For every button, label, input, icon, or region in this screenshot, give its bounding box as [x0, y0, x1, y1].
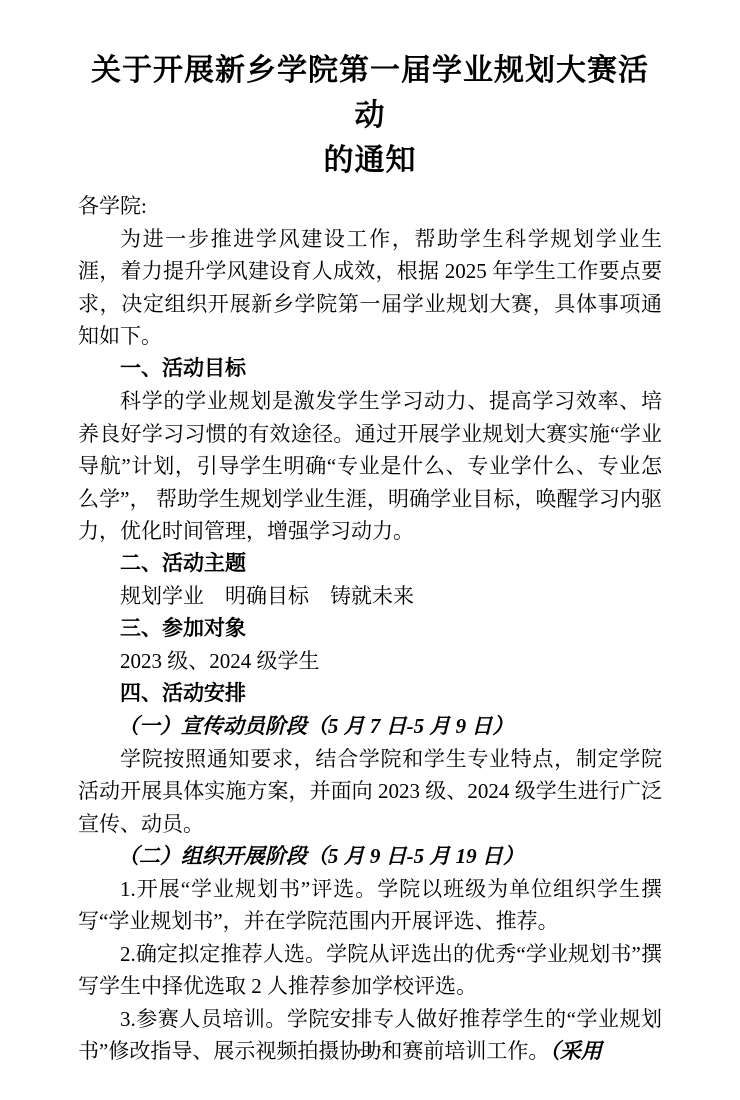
- section-heading-3: 三、参加对象: [78, 613, 662, 646]
- paragraph-intro: 为进一步推进学风建设工作，帮助学生科学规划学业生涯，着力提升学风建设育人成效，根…: [78, 223, 662, 353]
- section-heading-4: 四、活动安排: [78, 678, 662, 711]
- paragraph-participants: 2023 级、2024 级学生: [78, 645, 662, 678]
- section-heading-1: 一、活动目标: [78, 353, 662, 386]
- subsection-heading-2: （二）组织开展阶段（5 月 9 日-5 月 19 日）: [78, 840, 662, 873]
- doc-title: 关于开展新乡学院第一届学业规划大赛活动 的通知: [78, 48, 662, 183]
- paragraph-item-1: 1.开展“学业规划书”评选。学院以班级为单位组织学生撰写“学业规划书”，并在学院…: [78, 873, 662, 938]
- footer-page-number: - 1 -: [0, 1042, 740, 1058]
- doc-title-line-1: 关于开展新乡学院第一届学业规划大赛活动: [78, 48, 662, 138]
- doc-title-line-2: 的通知: [78, 138, 662, 183]
- paragraph-goal: 科学的学业规划是激发学生学习动力、提高学习效率、培养良好学习习惯的有效途径。通过…: [78, 385, 662, 548]
- paragraph-theme: 规划学业 明确目标 铸就未来: [78, 580, 662, 613]
- document-content: 关于开展新乡学院第一届学业规划大赛活动 的通知 各学院: 为进一步推进学风建设工…: [78, 48, 662, 1068]
- subsection-heading-1: （一）宣传动员阶段（5 月 7 日-5 月 9 日）: [78, 710, 662, 743]
- salutation: 各学院:: [78, 190, 662, 223]
- document-page: 关于开展新乡学院第一届学业规划大赛活动 的通知 各学院: 为进一步推进学风建设工…: [0, 0, 740, 1100]
- paragraph-item-2: 2.确定拟定推荐人选。学院从评选出的优秀“学业规划书”撰写学生中择优选取 2 人…: [78, 938, 662, 1003]
- doc-body: 各学院: 为进一步推进学风建设工作，帮助学生科学规划学业生涯，着力提升学风建设育…: [78, 190, 662, 1068]
- section-heading-2: 二、活动主题: [78, 548, 662, 581]
- paragraph-stage-1: 学院按照通知要求，结合学院和学生专业特点，制定学院活动开展具体实施方案，并面向 …: [78, 743, 662, 841]
